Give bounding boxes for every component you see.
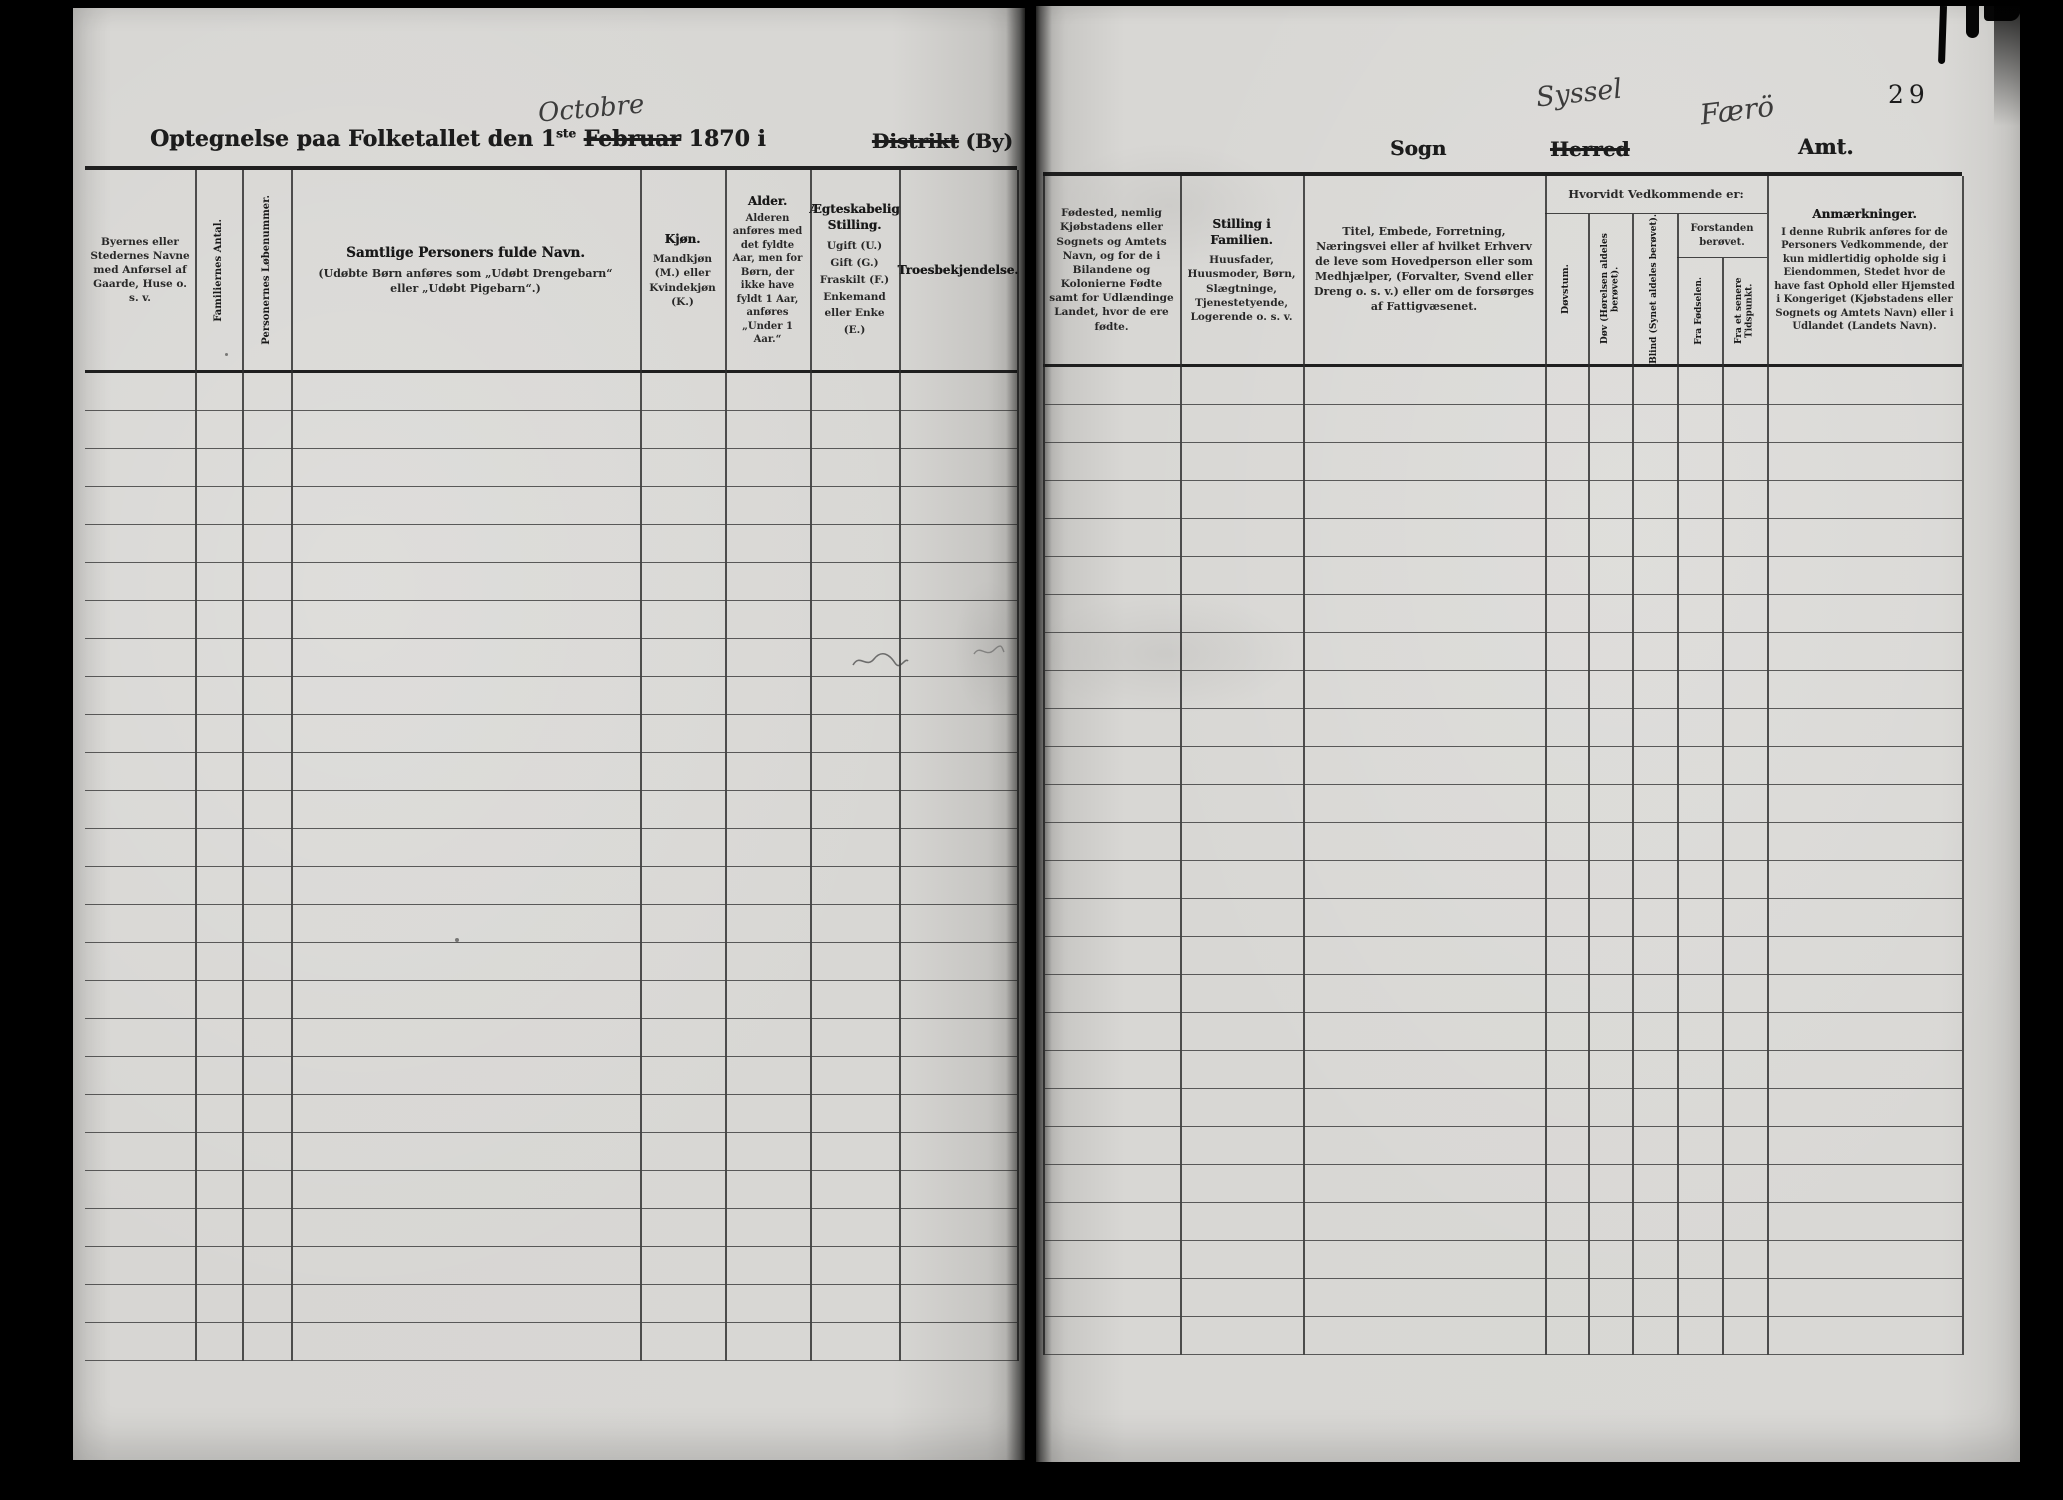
sogn-label: Sogn — [1390, 136, 1446, 160]
col-header-person-number-text: Personernes Løbenummer. — [261, 195, 273, 345]
census-book-spread: Optegnelse paa Folketallet den 1ste Febr… — [0, 0, 2063, 1500]
title-year: 1870 i — [681, 126, 766, 152]
col-header-occupation: Titel, Embede, Forretning, Næringsvei el… — [1303, 176, 1545, 364]
col-header-remarks-title: Anmærkninger. — [1812, 206, 1917, 222]
col-header-full-name-title: Samtlige Personers fulde Navn. — [346, 244, 585, 262]
col-header-family-position: Stilling i Familien. Huusfader, Huusmode… — [1180, 176, 1303, 364]
col-header-age-sub: Alderen anføres med det fyldte Aar, men … — [730, 212, 805, 347]
col-header-birthplace: Fødested, nemlig Kjøbstadens eller Sogne… — [1043, 176, 1180, 364]
left-page: Optegnelse paa Folketallet den 1ste Febr… — [73, 8, 1025, 1460]
col-header-family-position-title: Stilling i Familien. — [1185, 216, 1298, 248]
col-header-insane-later-text: Fra et senere Tidspunkt. — [1734, 258, 1755, 364]
district-label: Distrikt (By) — [863, 129, 1013, 153]
col-header-deaf-mute: Døvstum. — [1545, 214, 1588, 364]
col-header-marital-status-sub: Ugift (U.) Gift (G.) Fraskilt (F.) Enkem… — [815, 238, 894, 339]
col-header-birthplace-text: Fødested, nemlig Kjøbstadens eller Sogne… — [1048, 206, 1175, 334]
amt-label: Amt. — [1798, 134, 1854, 159]
handwritten-amt-name: Færö — [1698, 90, 1776, 132]
col-header-sex-title: Kjøn. — [665, 231, 701, 247]
col-header-marital-status-title: Ægteskabelig Stilling. — [809, 201, 899, 233]
col-header-place-names: Byernes eller Stedernes Navne med Anførs… — [85, 170, 195, 370]
handwritten-syssel: Syssel — [1535, 74, 1624, 114]
col-header-religion-title: Troesbekjendelse. — [898, 262, 1019, 278]
ink-speck — [455, 938, 459, 942]
col-header-insane-later: Fra et senere Tidspunkt. — [1722, 258, 1767, 364]
disability-group-header: Hvorvidt Vedkommende er: — [1545, 176, 1767, 214]
col-header-insane-from-birth-text: Fra Fødselen. — [1694, 277, 1704, 345]
title-prefix: Optegnelse paa Folketallet den 1 — [150, 126, 556, 152]
col-header-age-title: Alder. — [748, 193, 787, 209]
col-header-insane-from-birth: Fra Fødselen. — [1677, 258, 1722, 364]
form-title: Optegnelse paa Folketallet den 1ste Febr… — [150, 126, 750, 152]
insane-group-header: Forstanden berøvet. — [1677, 214, 1767, 258]
page-number: 29 — [1888, 80, 1930, 109]
district-struck: Distrikt — [872, 129, 959, 153]
col-header-place-names-text: Byernes eller Stedernes Navne med Anførs… — [90, 235, 190, 306]
book-fold — [1006, 0, 1052, 1500]
col-header-full-name-sub: (Udøbte Børn anføres som „Udøbt Drengeba… — [306, 267, 626, 297]
ink-drip — [1938, 6, 1947, 64]
insane-group-header-text: Forstanden berøvet. — [1682, 222, 1762, 249]
page-edge-shadow — [1994, 6, 2020, 126]
col-header-remarks-sub: I denne Rubrik anføres for de Personers … — [1772, 226, 1957, 334]
col-header-families-count: Familiernes Antal. — [195, 170, 242, 370]
herred-label-struck: Herred — [1550, 137, 1629, 161]
grid-line — [1962, 176, 1964, 1355]
col-header-religion: Troesbekjendelse. — [899, 170, 1017, 370]
district-by: (By) — [959, 129, 1013, 153]
col-header-blind-text: Blind (Synet aldeles berøvet). — [1649, 214, 1659, 364]
ink-speck — [225, 353, 228, 356]
title-superscript: ste — [556, 127, 576, 141]
col-header-sex: Kjøn. Mandkjøn (M.) eller Kvindekjøn (K.… — [640, 170, 725, 370]
col-header-occupation-text: Titel, Embede, Forretning, Næringsvei el… — [1308, 225, 1540, 314]
col-header-person-number: Personernes Løbenummer. — [242, 170, 291, 370]
left-table-empty-rows — [85, 373, 1017, 1361]
col-header-family-position-sub: Huusfader, Huusmoder, Børn, Slægtninge, … — [1185, 253, 1298, 324]
col-header-marital-status: Ægteskabelig Stilling. Ugift (U.) Gift (… — [810, 170, 899, 370]
ink-drip — [1966, 6, 1979, 38]
col-header-deaf: Døv (Hørelsen aldeles berøvet). — [1588, 214, 1632, 364]
col-header-blind: Blind (Synet aldeles berøvet). — [1632, 214, 1677, 364]
disability-group-header-text: Hvorvidt Vedkommende er: — [1568, 187, 1744, 203]
col-header-remarks: Anmærkninger. I denne Rubrik anføres for… — [1767, 176, 1962, 364]
ink-drip — [1984, 6, 2020, 21]
col-header-age: Alder. Alderen anføres med det fyldte Aa… — [725, 170, 810, 370]
col-header-deaf-mute-text: Døvstum. — [1561, 264, 1572, 314]
handwritten-month: Octobre — [537, 89, 646, 128]
col-header-families-count-text: Familiernes Antal. — [213, 219, 225, 322]
col-header-sex-sub: Mandkjøn (M.) eller Kvindekjøn (K.) — [645, 252, 720, 309]
col-header-full-name: Samtlige Personers fulde Navn. (Udøbte B… — [291, 170, 640, 370]
title-struck-month: Februar — [584, 126, 681, 152]
col-header-deaf-text: Døv (Hørelsen aldeles berøvet). — [1600, 214, 1621, 364]
right-page: Sogn Herred Syssel Færö Amt. 29 Fødested… — [1036, 6, 2020, 1462]
right-table-empty-rows — [1043, 367, 1962, 1355]
